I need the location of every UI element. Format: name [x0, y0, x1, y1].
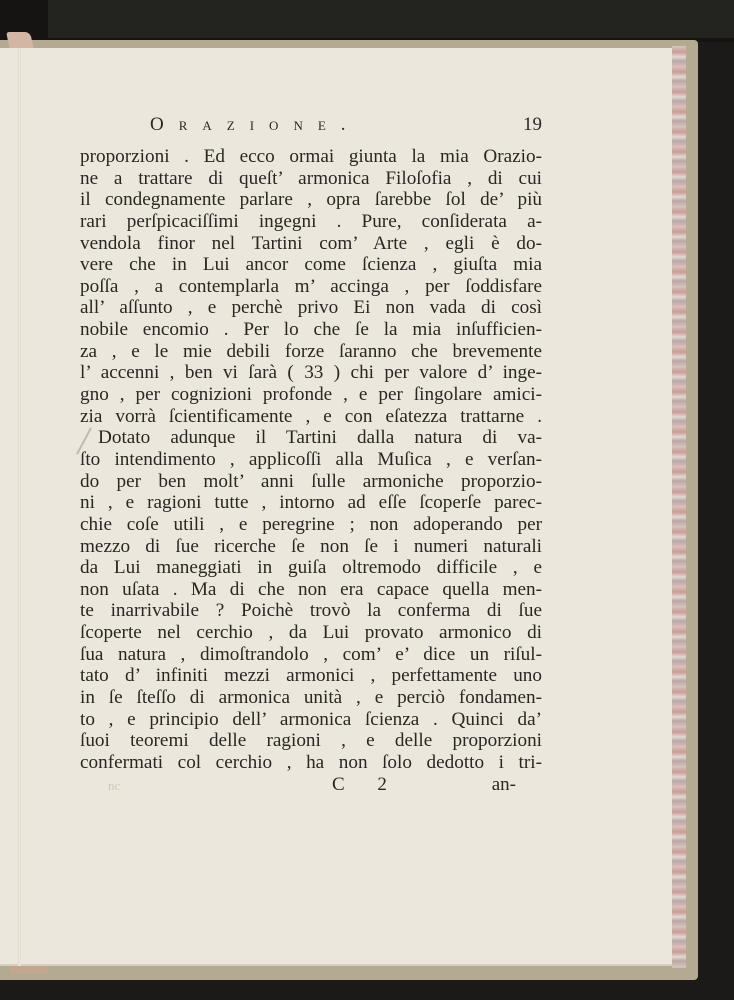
body-text: proporzioni . Ed ecco ormai giunta la mi… — [80, 146, 542, 774]
text-line: vendola finor nel Tartini com’ Arte , eg… — [80, 233, 542, 255]
text-line: gno , per cognizioni profonde , e per ſi… — [80, 384, 542, 406]
text-line: ni , e ragioni tutte , intorno ad eſſe ſ… — [80, 492, 542, 514]
text-line: ſua natura , dimoſtrandolo , com’ e’ dic… — [80, 644, 542, 666]
text-line: ſuoi teoremi delle ragioni , e delle pro… — [80, 730, 542, 752]
page-footer: C 2 an- — [80, 774, 542, 798]
text-line: confermati col cerchio , ha non ſolo ded… — [80, 752, 542, 774]
book-fore-edge — [672, 46, 686, 968]
text-line: to , e principio dell’ armonica ſcienza … — [80, 709, 542, 731]
text-line: l’ accenni , ben vi ſarà ( 33 ) chi per … — [80, 362, 542, 384]
text-line: proporzioni . Ed ecco ormai giunta la mi… — [80, 146, 542, 168]
signature-mark: C 2 — [332, 774, 401, 796]
text-line: tato d’ infiniti mezzi armonici , perfet… — [80, 665, 542, 687]
text-line: ſto intendimento , applicoſſi alla Muſic… — [80, 449, 542, 471]
paragraph-start-line: Dotato adunque il Tartini dalla natura d… — [80, 427, 542, 449]
text-line: in ſe ſteſſo di armonica unità , e perci… — [80, 687, 542, 709]
text-line: ne a trattare di queſt’ armonica Filoſof… — [80, 168, 542, 190]
text-line: da Lui maneggiati in guiſa oltremodo dif… — [80, 557, 542, 579]
running-head: Orazione. 19 — [150, 114, 542, 142]
text-line: all’ aſſunto , e perchè privo Ei non vad… — [80, 297, 542, 319]
page-number: 19 — [523, 114, 542, 136]
background-top-right — [48, 0, 734, 38]
running-head-title: Orazione. — [150, 114, 361, 136]
page-gutter — [18, 48, 21, 966]
text-line: vere che in Lui ancor come ſcienza , giu… — [80, 254, 542, 276]
text-line: mezzo di ſue ricerche ſe non ſe i numeri… — [80, 536, 542, 558]
text-line: nobile encomio . Per lo che ſe la mia in… — [80, 319, 542, 341]
text-line: chie coſe utili , e peregrine ; non adop… — [80, 514, 542, 536]
text-line: il condegnamente parlare , opra ſarebbe … — [80, 189, 542, 211]
text-line: zia vorrà ſcientificamente , e con eſate… — [80, 406, 542, 428]
text-line: rari perſpicaciſſimi ingegni . Pure, con… — [80, 211, 542, 233]
text-line: do per ben molt’ anni ſulle armoniche pr… — [80, 471, 542, 493]
catchword: an- — [492, 774, 516, 796]
text-line: non uſata . Ma di che non era capace que… — [80, 579, 542, 601]
text-line: ſcoperte nel cerchio , da Lui provato ar… — [80, 622, 542, 644]
text-line: te inarrivabile ? Poichè trovò la confer… — [80, 600, 542, 622]
text-line: za , e le mie debili forze ſaranno che b… — [80, 341, 542, 363]
text-line: poſſa , a contemplarla m’ accinga , per … — [80, 276, 542, 298]
